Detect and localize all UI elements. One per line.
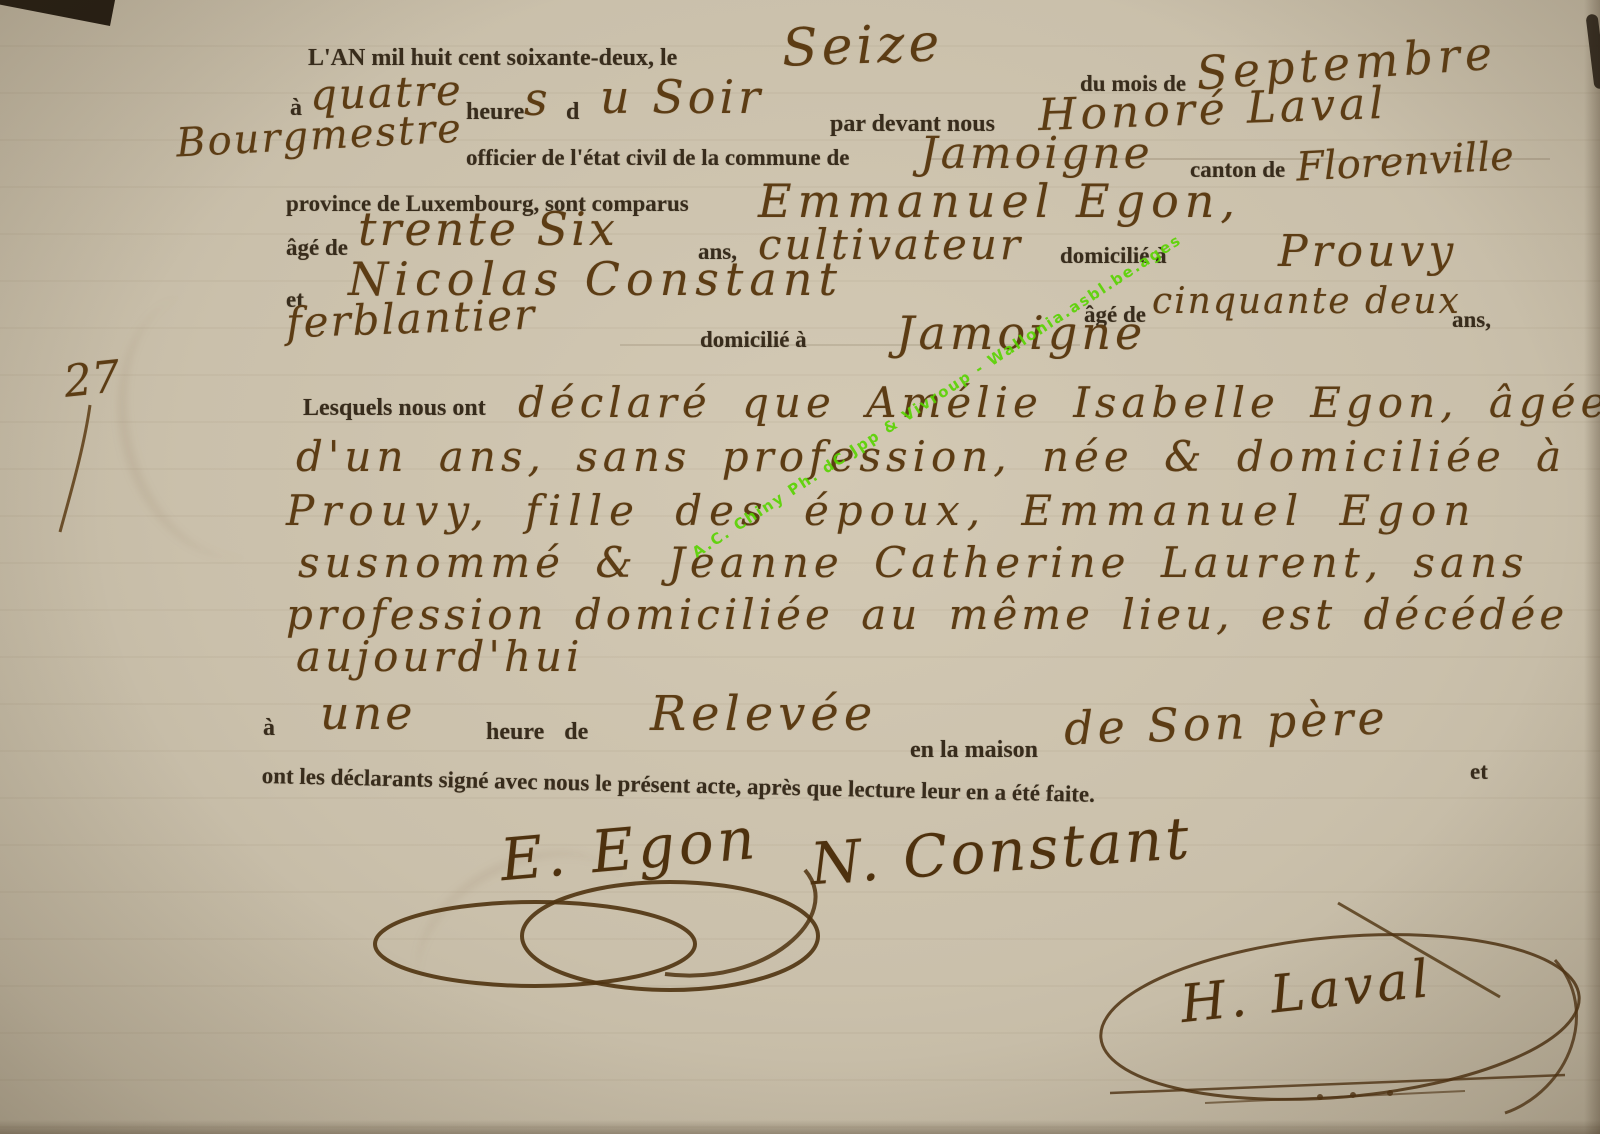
printed-age-label-1: âgé de [286,236,348,259]
hw-declaration-line1: déclaré que Amélie Isabelle Egon, âgée [518,382,1600,424]
printed-heure-de: heure de [486,720,588,744]
printed-d: d [566,100,579,124]
act-number-paraph [50,400,110,540]
page-edge-bottom [0,1120,1600,1134]
printed-date-intro: L'AN mil huit cent soixante-deux, le [308,46,677,70]
margin-act-number: 27 [62,355,122,405]
hw-canton: Florenville [1295,136,1515,187]
hw-declarant1-age: trente Six [358,206,618,252]
hw-declarant1-domicile: Prouvy [1278,230,1457,274]
signature-flourish-egon [365,862,875,1012]
hw-heure-plural-s: s [524,76,548,122]
hw-declaration-line6: aujourd'hui [296,636,584,678]
hw-declarant2-profession: ferblantier [285,294,536,345]
civil-register-page: L'AN mil huit cent soixante-deux, le Sei… [0,0,1600,1134]
hw-du-soir: u Soir [600,74,764,120]
printed-lesquels: Lesquels nous ont [303,396,486,420]
hw-declaration-line4: susnommé & Jeanne Catherine Laurent, san… [298,542,1529,584]
printed-et-final: et [1470,760,1488,783]
printed-closing: ont les déclarants signé avec nous le pr… [261,764,1095,806]
hw-maison-de: de Son père [1063,694,1389,751]
page-corner-shadow-topleft [0,0,117,26]
hw-death-hour: une [320,690,415,736]
printed-officier-commune: officier de l'état civil de la commune d… [466,146,849,169]
hw-declarant2-age: cinquante deux [1152,284,1461,320]
hw-relevee: Relevée [650,690,877,738]
signature-oval-laval [1085,925,1600,1130]
hw-day: Seize [781,17,944,75]
printed-en-la-maison: en la maison [910,738,1038,762]
printed-a-hour: à [263,716,275,740]
printed-heure: heure [466,100,524,124]
hw-declaration-line5: profession domiciliée au même lieu, est … [286,594,1568,636]
hw-commune: Jamoigne [920,132,1153,176]
printed-ans-2: ans, [1452,308,1491,331]
hw-declarant1-name: Emmanuel Egon, [758,178,1241,224]
hw-declaration-line2: d'un ans, sans profession, née & domicil… [296,436,1566,478]
printed-domicile-label-2: domicilié à [700,328,807,351]
page-edge-right [1584,0,1600,1134]
hw-bourgmestre: Bourgmestre [175,109,464,164]
hw-declaration-line3: Prouvy, fille des époux, Emmanuel Egon [286,490,1477,532]
